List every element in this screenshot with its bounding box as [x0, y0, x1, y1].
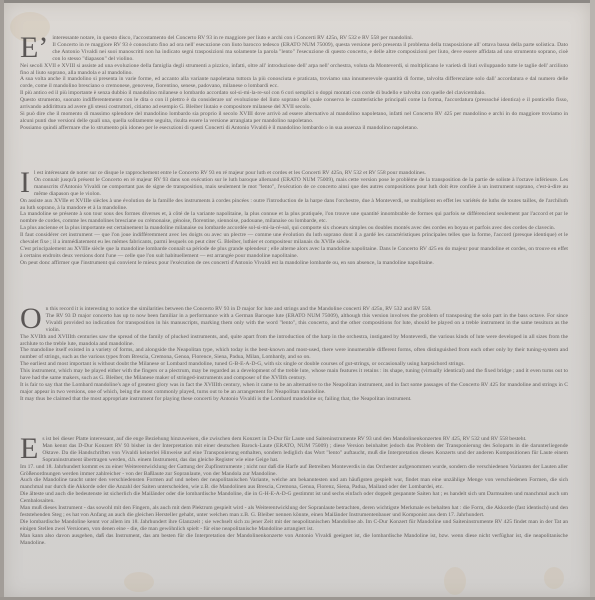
paragraph: Die lombardische Mandoline kennt vor all…	[20, 519, 568, 533]
paragraph: interessante notare, in questo disco, l'…	[20, 35, 568, 42]
paragraph: Man kennt das D-Dur Konzert RV 93 bisher…	[20, 443, 568, 464]
drop-cap: E	[20, 437, 38, 461]
paragraph: Questo strumento, suonato indifferenteme…	[20, 97, 568, 111]
section-german: E s ist bei dieser Platte interessant, a…	[20, 436, 568, 547]
paragraph: Possiamo quindi affermare che lo strumen…	[20, 125, 568, 132]
paragraph: A sua volta anche il mandolino si presen…	[20, 76, 568, 90]
paragraph: Il faut considérer cet instrument — que …	[20, 232, 568, 246]
paragraph: It may thus be claimed that the most app…	[20, 396, 568, 403]
page-edge-top	[0, 0, 595, 3]
page-edge-right	[590, 0, 595, 600]
paragraph: Man kann also davon ausgehen, daß das In…	[20, 533, 568, 547]
paragraph: Im 17. und 18. Jahrhundert kommt es zu e…	[20, 464, 568, 478]
section-french: I l est intéressant de noter sur ce disq…	[20, 170, 568, 267]
paragraph: l est intéressant de noter sur ce disque…	[20, 170, 568, 177]
paragraph: s ist bei dieser Platte interessant, auf…	[20, 436, 568, 443]
paragraph: On assiste aux XVIIe et XVIIIe siècles à…	[20, 198, 568, 212]
section-body: s ist bei dieser Platte interessant, auf…	[20, 436, 568, 547]
drop-cap: I	[20, 171, 30, 195]
paragraph: It is fair to say that the Lombard mando…	[20, 382, 568, 396]
paragraph: Nei secoli XVII e XVIII si assiste ad un…	[20, 63, 568, 77]
drop-cap: E’	[20, 36, 48, 60]
paragraph: Il Concerto in re maggiore RV 93 è conos…	[20, 42, 568, 63]
paper-stain	[544, 567, 564, 589]
paragraph: n this record it is interesting to notic…	[20, 306, 568, 313]
section-english: O n this record it is interesting to not…	[20, 306, 568, 403]
paragraph: La mandoline se présente à son tour sous…	[20, 211, 568, 225]
drop-cap: O	[20, 307, 42, 331]
paragraph: This instrument, which may be played eit…	[20, 368, 568, 382]
paragraph: Man muß dieses Instrument - das sowohl m…	[20, 505, 568, 519]
section-body: interessante notare, in questo disco, l'…	[20, 35, 568, 132]
paper-stain	[124, 572, 154, 592]
liner-notes-page: E’ interessante notare, in questo disco,…	[4, 2, 590, 598]
paragraph: On peut donc affirmer que l'instrument q…	[20, 260, 568, 267]
paragraph: The XVIIth and XVIIIth centuries saw the…	[20, 334, 568, 348]
paragraph: C'est principalement au XVIIIe siècle qu…	[20, 246, 568, 260]
paragraph: Die älteste und auch die bedeutenste ist…	[20, 491, 568, 505]
section-body: l est intéressant de noter sur ce disque…	[20, 170, 568, 267]
paragraph: On connait jusqu'à présent le Concerto e…	[20, 177, 568, 198]
paragraph: The mandoline itself existed in a variet…	[20, 347, 568, 361]
section-italian: E’ interessante notare, in questo disco,…	[20, 35, 568, 132]
section-body: n this record it is interesting to notic…	[20, 306, 568, 403]
paragraph: The RV 93 D major concerto has up to now…	[20, 313, 568, 334]
paragraph: Si può dire che il momento di massimo sp…	[20, 111, 568, 125]
paper-stain	[444, 567, 466, 595]
paragraph: Auch die Mandoline taucht unter den vers…	[20, 477, 568, 491]
page-edge-left	[0, 0, 4, 600]
